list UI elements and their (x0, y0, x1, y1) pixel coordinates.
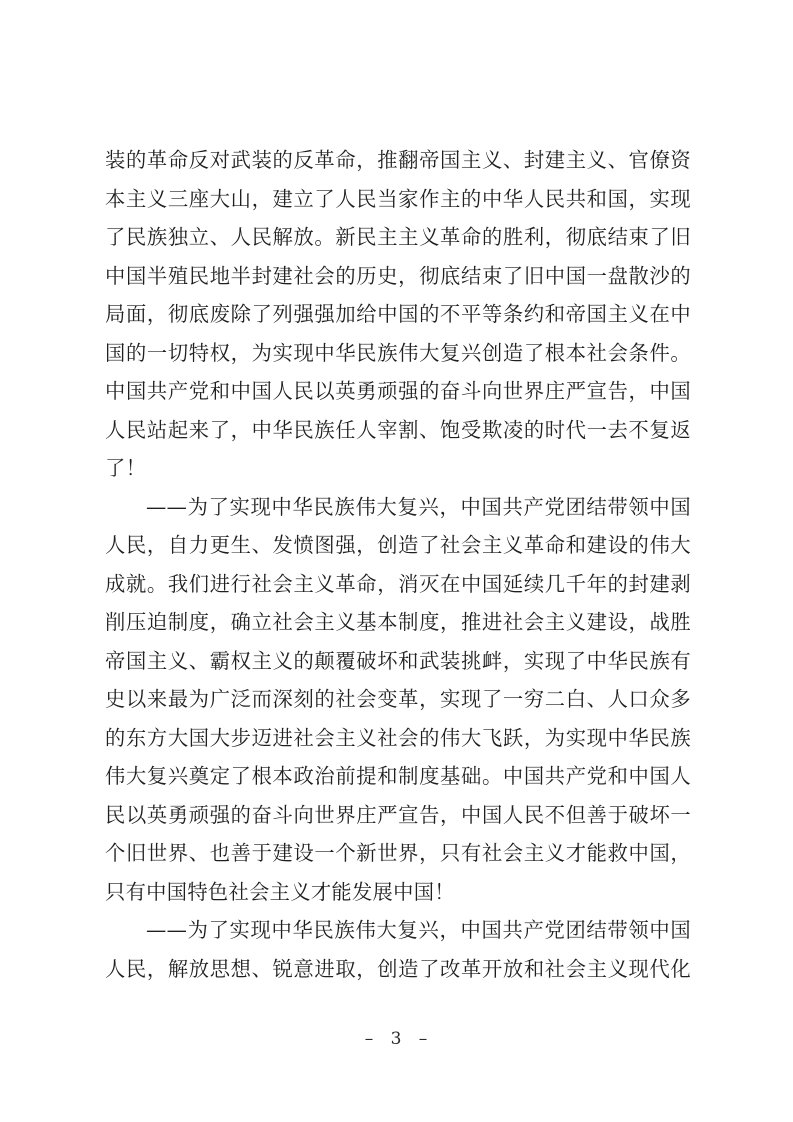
text-line: 国的一切特权，为实现中华民族伟大复兴创造了根本社会条件。 (105, 334, 691, 373)
document-page: 装的革命反对武装的反革命，推翻帝国主义、封建主义、官僚资 本主义三座大山，建立了… (0, 0, 793, 1122)
text-line: 人民，自力更生、发愤图强，创造了社会主义革命和建设的伟大 (105, 526, 691, 565)
text-line: 史以来最为广泛而深刻的社会变革，实现了一穷二白、人口众多 (105, 680, 691, 719)
text-line: 局面，彻底废除了列强强加给中国的不平等条约和帝国主义在中 (105, 295, 691, 334)
text-line: 帝国主义、霸权主义的颠覆破坏和武装挑衅，实现了中华民族有 (105, 642, 691, 681)
body-text: 装的革命反对武装的反革命，推翻帝国主义、封建主义、官僚资 本主义三座大山，建立了… (105, 141, 691, 988)
text-line: 的东方大国大步迈进社会主义社会的伟大飞跃，为实现中华民族 (105, 719, 691, 758)
text-line: 个旧世界、也善于建设一个新世界，只有社会主义才能救中国， (105, 834, 691, 873)
page-number: – 3 – (105, 1026, 691, 1052)
text-line: 伟大复兴奠定了根本政治前提和制度基础。中国共产党和中国人 (105, 757, 691, 796)
text-line: 人民站起来了，中华民族任人宰割、饱受欺凌的时代一去不复返 (105, 411, 691, 450)
text-line: 人民，解放思想、锐意进取，创造了改革开放和社会主义现代化 (105, 950, 691, 989)
text-line-paragraph-start: ——为了实现中华民族伟大复兴，中国共产党团结带领中国 (105, 911, 691, 950)
text-line: 成就。我们进行社会主义革命，消灭在中国延续几千年的封建剥 (105, 565, 691, 604)
text-line: 中国半殖民地半封建社会的历史，彻底结束了旧中国一盘散沙的 (105, 257, 691, 296)
text-line: 削压迫制度，确立社会主义基本制度，推进社会主义建设，战胜 (105, 603, 691, 642)
text-line: 民以英勇顽强的奋斗向世界庄严宣告，中国人民不但善于破坏一 (105, 796, 691, 835)
text-line-paragraph-start: ——为了实现中华民族伟大复兴，中国共产党团结带领中国 (105, 488, 691, 527)
text-line: 了民族独立、人民解放。新民主主义革命的胜利，彻底结束了旧 (105, 218, 691, 257)
text-line-paragraph-end: 了！ (105, 449, 691, 488)
text-line-paragraph-end: 只有中国特色社会主义才能发展中国！ (105, 873, 691, 912)
text-line: 装的革命反对武装的反革命，推翻帝国主义、封建主义、官僚资 (105, 141, 691, 180)
text-line: 本主义三座大山，建立了人民当家作主的中华人民共和国，实现 (105, 180, 691, 219)
text-line: 中国共产党和中国人民以英勇顽强的奋斗向世界庄严宣告，中国 (105, 372, 691, 411)
